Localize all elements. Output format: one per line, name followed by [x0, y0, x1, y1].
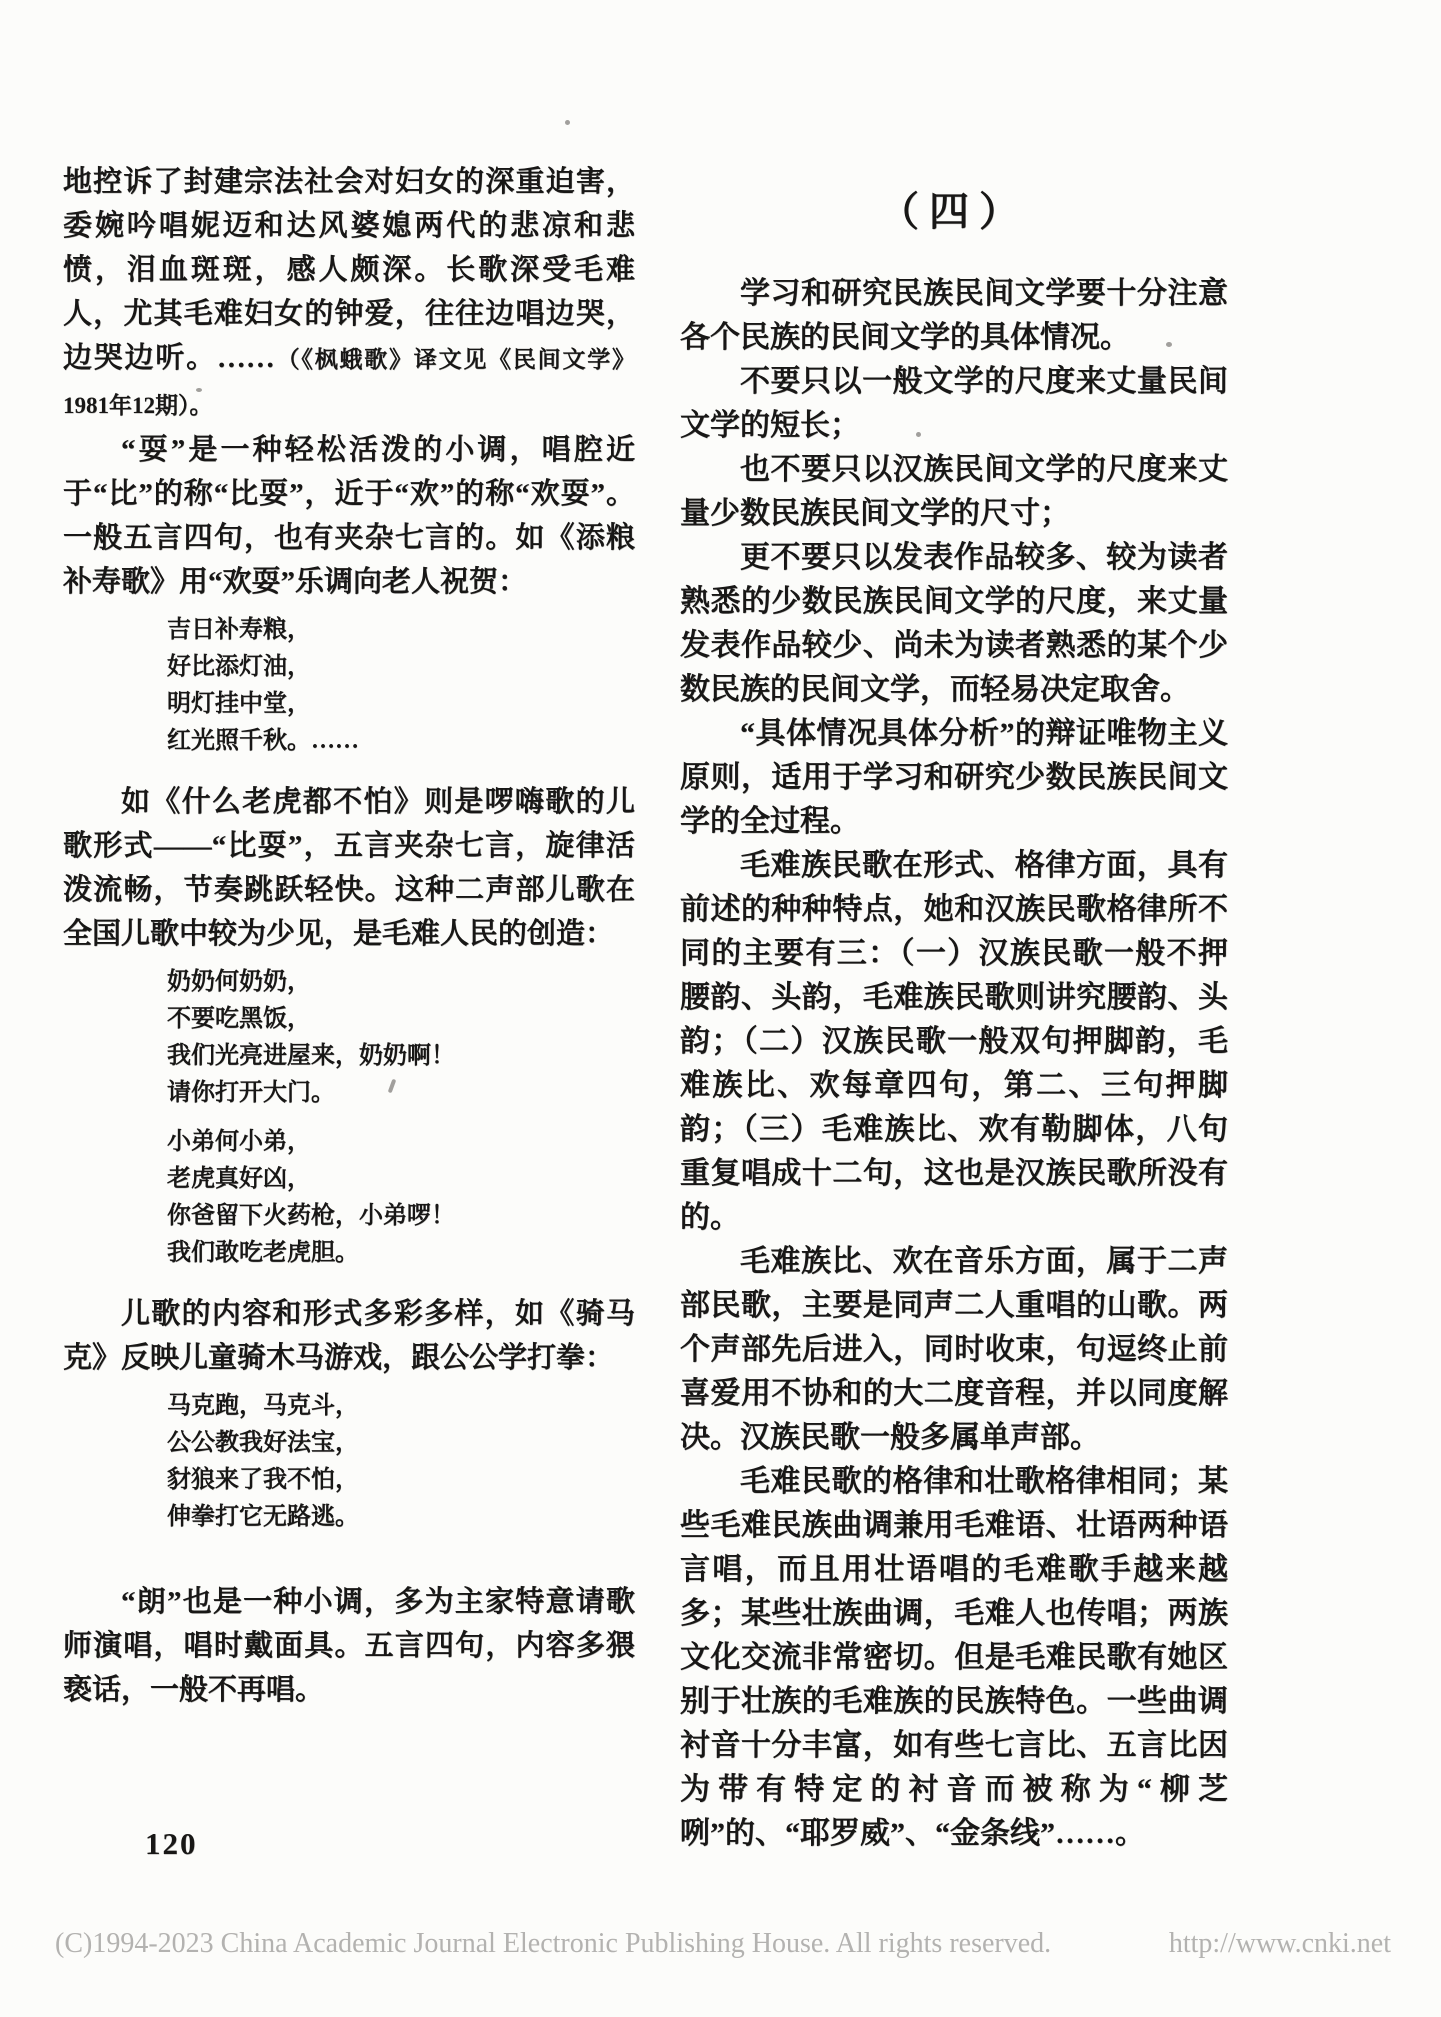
- paragraph-zhuang-exchange: 毛难民歌的格律和壮歌格律相同；某些毛难民族曲调兼用毛难语、壮语两种语言唱，而且用…: [680, 1460, 1228, 1856]
- paragraph-lang: “朗”也是一种小调，多为主家特意请歌师演唱，唱时戴面具。五言四句，内容多猥亵话，…: [63, 1580, 635, 1712]
- verse-tiger-song: 奶奶何奶奶， 不要吃黑饭， 我们光亮进屋来，奶奶啊！ 请你打开大门。 小弟何小弟…: [167, 964, 635, 1272]
- paragraph-study: 学习和研究民族民间文学要十分注意各个民族的民间文学的具体情况。: [680, 272, 1228, 360]
- scan-speckle: [565, 120, 570, 125]
- paragraph-children-songs: 儿歌的内容和形式多彩多样，如《骑马克》反映儿童骑木马游戏，跟公公学打拳：: [63, 1292, 635, 1380]
- verse-line: 公公教我好法宝，: [167, 1425, 635, 1462]
- paragraph-rule3: 更不要只以发表作品较多、较为读者熟悉的少数民族民间文学的尺度，来丈量发表作品较少…: [680, 536, 1228, 712]
- right-column: （四） 学习和研究民族民间文学要十分注意各个民族的民间文学的具体情况。 不要只以…: [680, 190, 1228, 1856]
- paragraph-music: 毛难族比、欢在音乐方面，属于二声部民歌，主要是同声二人重唱的山歌。两个声部先后进…: [680, 1240, 1228, 1460]
- scanned-journal-page: 地控诉了封建宗法社会对妇女的深重迫害，委婉吟唱妮迈和达风婆媳两代的悲凉和悲愤，泪…: [0, 0, 1441, 2017]
- verse-line: 不要吃黑饭，: [167, 1001, 635, 1038]
- paragraph-three-differences: 毛难族民歌在形式、格律方面，具有前述的种种特点，她和汉族民歌格律所不同的主要有三…: [680, 844, 1228, 1240]
- verse-line: 小弟何小弟，: [167, 1124, 635, 1161]
- verse-line: 明灯挂中堂，: [167, 686, 635, 723]
- scan-speckle: [196, 388, 202, 392]
- section-title: （四）: [680, 190, 1228, 234]
- verse-line: 吉日补寿粮，: [167, 612, 635, 649]
- verse-line: 你爸留下火药枪，小弟啰！: [167, 1198, 635, 1235]
- verse-line: 请你打开大门。: [167, 1075, 635, 1112]
- paragraph-rule2: 也不要只以汉族民间文学的尺度来丈量少数民族民间文学的尺寸；: [680, 448, 1228, 536]
- verse-line: 红光照千秋。……: [167, 723, 635, 760]
- scan-speckle: [912, 560, 917, 564]
- verse-line: 马克跑，马克斗，: [167, 1388, 635, 1425]
- verse-horse-song: 马克跑，马克斗， 公公教我好法宝， 豺狼来了我不怕， 伸拳打它无路逃。: [167, 1388, 635, 1536]
- paragraph-opening: 地控诉了封建宗法社会对妇女的深重迫害，委婉吟唱妮迈和达风婆媳两代的悲凉和悲愤，泪…: [63, 160, 635, 428]
- scan-speckle: [916, 432, 921, 437]
- verse-line: 伸拳打它无路逃。: [167, 1499, 635, 1536]
- paragraph-rule1: 不要只以一般文学的尺度来丈量民间文学的短长；: [680, 360, 1228, 448]
- paragraph-dialectic: “具体情况具体分析”的辩证唯物主义原则，适用于学习和研究少数民族民间文学的全过程…: [680, 712, 1228, 844]
- footer-copyright: (C)1994-2023 China Academic Journal Elec…: [55, 1928, 1051, 1960]
- verse-line: 豺狼来了我不怕，: [167, 1462, 635, 1499]
- scan-speckle: [1166, 342, 1172, 347]
- verse-line: 我们敢吃老虎胆。: [167, 1235, 635, 1272]
- paragraph-shua: “耍”是一种轻松活泼的小调，唱腔近于“比”的称“比耍”，近于“欢”的称“欢耍”。…: [63, 428, 635, 604]
- left-column: 地控诉了封建宗法社会对妇女的深重迫害，委婉吟唱妮迈和达风婆媳两代的悲凉和悲愤，泪…: [63, 160, 635, 1712]
- footer: (C)1994-2023 China Academic Journal Elec…: [55, 1928, 1391, 1960]
- page-number: 120: [145, 1826, 198, 1862]
- verse-line: 好比添灯油，: [167, 649, 635, 686]
- verse-line: 奶奶何奶奶，: [167, 964, 635, 1001]
- verse-line: 老虎真好凶，: [167, 1161, 635, 1198]
- paragraph-opening-text: 地控诉了封建宗法社会对妇女的深重迫害，委婉吟唱妮迈和达风婆媳两代的悲凉和悲愤，泪…: [63, 166, 635, 374]
- stanza-gap: [167, 1112, 635, 1124]
- footer-url: http://www.cnki.net: [1169, 1928, 1391, 1960]
- verse-line: 我们光亮进屋来，奶奶啊！: [167, 1038, 635, 1075]
- paragraph-tiger-intro: 如《什么老虎都不怕》则是啰嗨歌的儿歌形式——“比耍”，五言夹杂七言，旋律活泼流畅…: [63, 780, 635, 956]
- verse-birthday-song: 吉日补寿粮， 好比添灯油， 明灯挂中堂， 红光照千秋。……: [167, 612, 635, 760]
